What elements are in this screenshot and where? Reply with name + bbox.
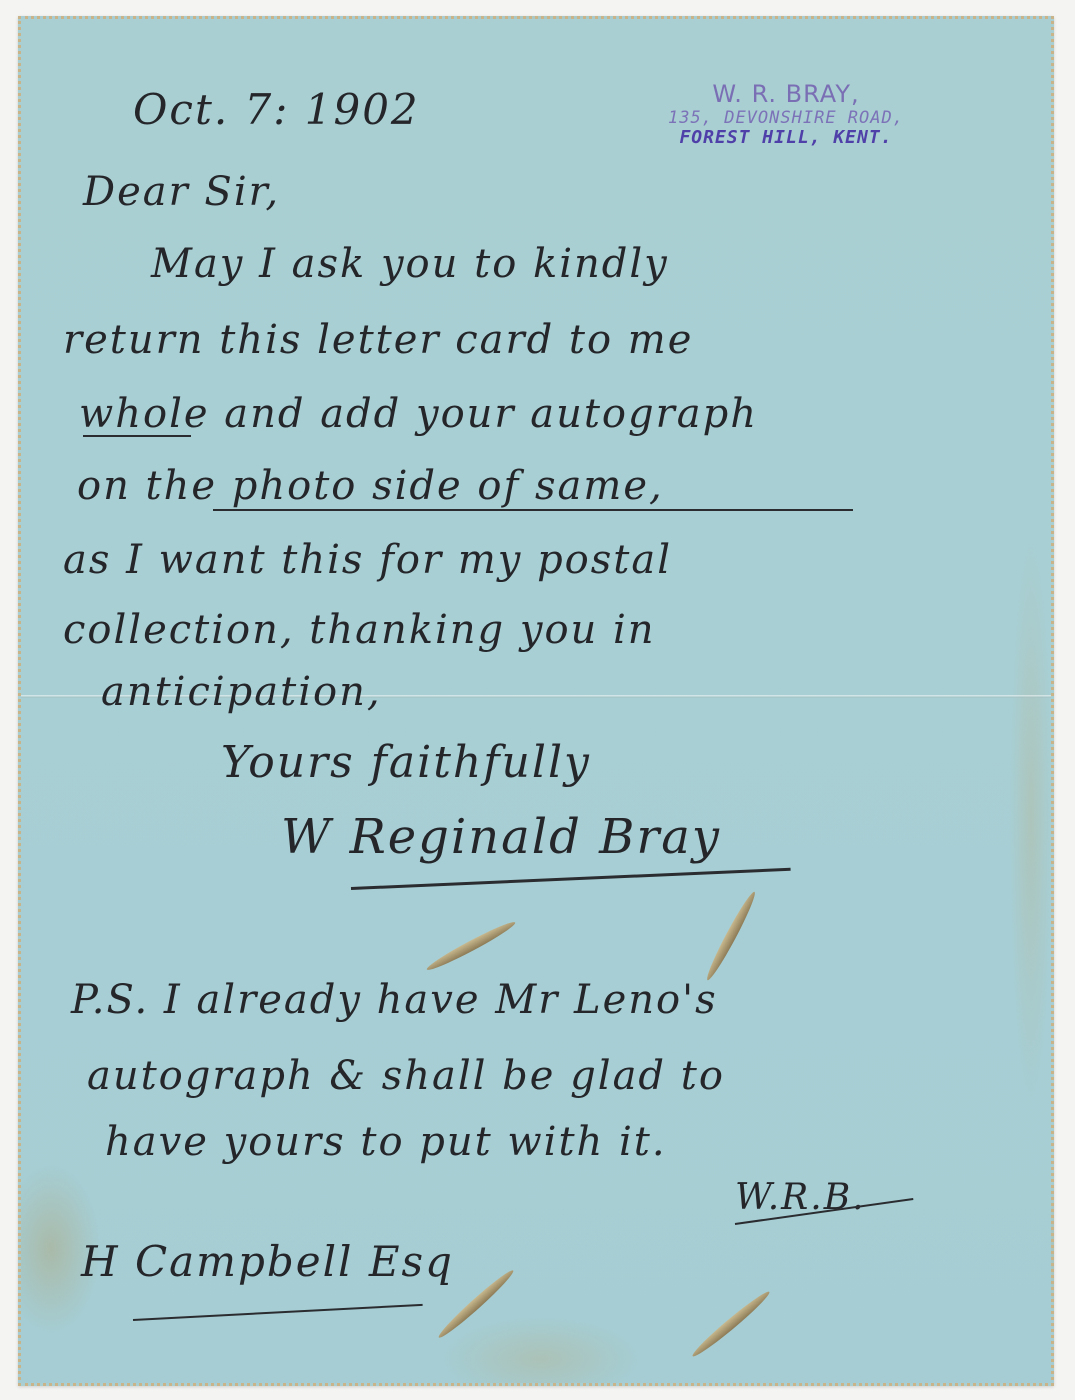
paper-fastener	[703, 890, 759, 983]
underline-whole	[83, 435, 191, 437]
closing: Yours faithfully	[221, 737, 591, 788]
signature: W Reginald Bray	[281, 809, 721, 865]
stamp-name: W. R. BRAY,	[626, 81, 946, 109]
postscript-line-2: autograph & shall be glad to	[87, 1053, 725, 1099]
sender-rubber-stamp: W. R. BRAY, 135, DEVONSHIRE ROAD, FOREST…	[626, 81, 946, 149]
underline-photo-side	[213, 509, 853, 511]
initials: W.R.B.	[735, 1177, 866, 1218]
body-line-7: anticipation,	[101, 669, 382, 715]
body-line-3: whole and add your autograph	[79, 391, 758, 437]
body-line-4: on the photo side of same,	[77, 463, 664, 509]
signature-underline	[351, 868, 791, 890]
letter-date: Oct. 7: 1902	[133, 85, 420, 134]
body-line-2: return this letter card to me	[63, 317, 693, 363]
letter-card: W. R. BRAY, 135, DEVONSHIRE ROAD, FOREST…	[18, 16, 1054, 1386]
postscript-line-1: P.S. I already have Mr Leno's	[71, 977, 718, 1023]
stamp-town: FOREST HILL, KENT.	[626, 128, 946, 149]
salutation: Dear Sir,	[83, 169, 280, 215]
addressee: H Campbell Esq	[81, 1237, 454, 1286]
postscript-line-3: have yours to put with it.	[105, 1119, 667, 1165]
body-line-5: as I want this for my postal	[63, 537, 672, 583]
body-line-1: May I ask you to kindly	[151, 241, 669, 287]
paper-fastener	[689, 1288, 772, 1360]
addressee-underline	[133, 1304, 423, 1321]
stamp-address: 135, DEVONSHIRE ROAD,	[626, 109, 946, 129]
body-line-6: collection, thanking you in	[63, 607, 656, 653]
paper-fastener	[425, 918, 518, 974]
